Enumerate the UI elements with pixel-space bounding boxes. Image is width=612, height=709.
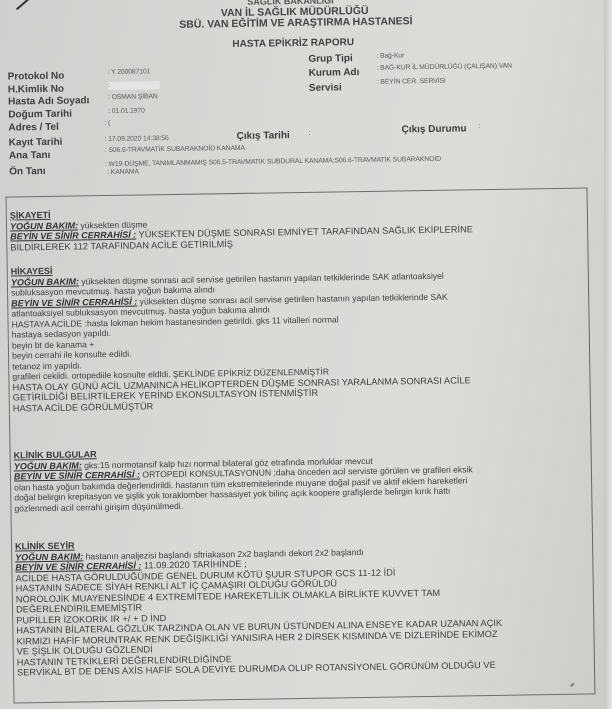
cikis-durumu-label: Çıkış Durumu [401, 123, 466, 135]
yogun-bakim-label: YOĞUN BAKIM: [14, 460, 82, 471]
kayit-tarihi-label: Kayıt Tarihi [9, 137, 63, 149]
kurum-adi-value: BAĞ-KUR İL MÜDÜRLÜĞÜ (ÇALIŞAN) VAN [377, 63, 512, 72]
protokol-no-value: Y 200087101 [108, 68, 151, 76]
grup-tipi-value: Bağ-Kur [376, 52, 404, 59]
hasta-adi-label: Hasta Adı Soyadı [8, 95, 89, 107]
on-tani-value-line2: KANAMA [111, 169, 139, 176]
scanned-document-page: SAĞLIK BAKANLIĞI VAN İL SAĞLIK MÜDÜRLÜĞÜ… [0, 0, 612, 709]
ana-tani-value: S06.6-TRAVMATİK SUBARAKNOİD KANAMA [105, 145, 245, 154]
servisi-value: BEYİN CER. SERVİSİ [377, 78, 446, 86]
on-tani-value-cont: KANAMA [107, 169, 139, 176]
protokol-no-label: Protokol No [8, 71, 65, 83]
cikis-tarihi-value [309, 130, 311, 137]
grup-tipi-label: Grup Tipi [308, 53, 352, 65]
yogun-bakim-label: YOĞUN BAKIM: [11, 276, 79, 287]
beyin-cerrahi-text: 11.09.2020 TARİHİNDE ; [141, 559, 246, 571]
adres-tel-label: Adres / Tel [8, 122, 59, 134]
kimlik-no-label: H.Kimlik No [8, 84, 64, 96]
section-hikayesi: HİKAYESİ YOĞUN BAKIM: yüksekten düşme so… [11, 259, 472, 413]
on-tani-value: W19-DÜŞME, TANIMLANMAMIŞ S06.5-TRAVMATİK… [105, 156, 441, 168]
kayit-tarihi-value: 17.09.2020 14:38:56 [105, 135, 169, 143]
yogun-bakim-label: YOĞUN BAKIM: [15, 551, 83, 562]
section-klinik-bulgular: KLİNİK BULGULAR YOĞUN BAKIM: gks:15 norm… [14, 443, 474, 513]
yogun-bakim-label: YOĞUN BAKIM: [10, 220, 78, 231]
beyin-cerrahi-label: BEYİN VE SİNİR CERRAHİSİ : [14, 470, 140, 482]
cikis-durumu-value [478, 123, 480, 130]
adres-tel-value: ( [104, 120, 110, 127]
dogum-tarihi-value: 01.01.1970 [108, 107, 145, 115]
ana-tani-label: Ana Tanı [9, 150, 51, 162]
yogun-bakim-text: yüksekten düşme [78, 219, 147, 230]
dogum-tarihi-label: Doğum Tarihi [8, 109, 72, 121]
section-klinik-seyir: KLİNİK SEYİR YOĞUN BAKIM: hastanın analj… [15, 534, 503, 678]
kimlik-no-value-redacted [108, 81, 160, 90]
kurum-adi-label: Kurum Adı [309, 67, 360, 79]
hasta-adi-value: OSMAN ŞİBAN [108, 93, 158, 101]
servisi-label: Servisi [309, 82, 342, 94]
section-sikayeti: ŞİKAYETİ YOĞUN BAKIM: yüksekten düşme BE… [10, 203, 473, 252]
paper-edge [604, 0, 612, 709]
on-tani-label: Ön Tanı [9, 166, 46, 178]
cikis-tarihi-label: Çıkış Tarihi [237, 130, 290, 142]
report-title: HASTA EPİKRİZ RAPORU [0, 33, 599, 54]
beyin-cerrahi-label: BEYİN VE SİNİR CERRAHİSİ : [15, 561, 141, 573]
beyin-cerrahi-label: BEYİN VE SİNİR CERRAHİSİ : [10, 230, 136, 242]
